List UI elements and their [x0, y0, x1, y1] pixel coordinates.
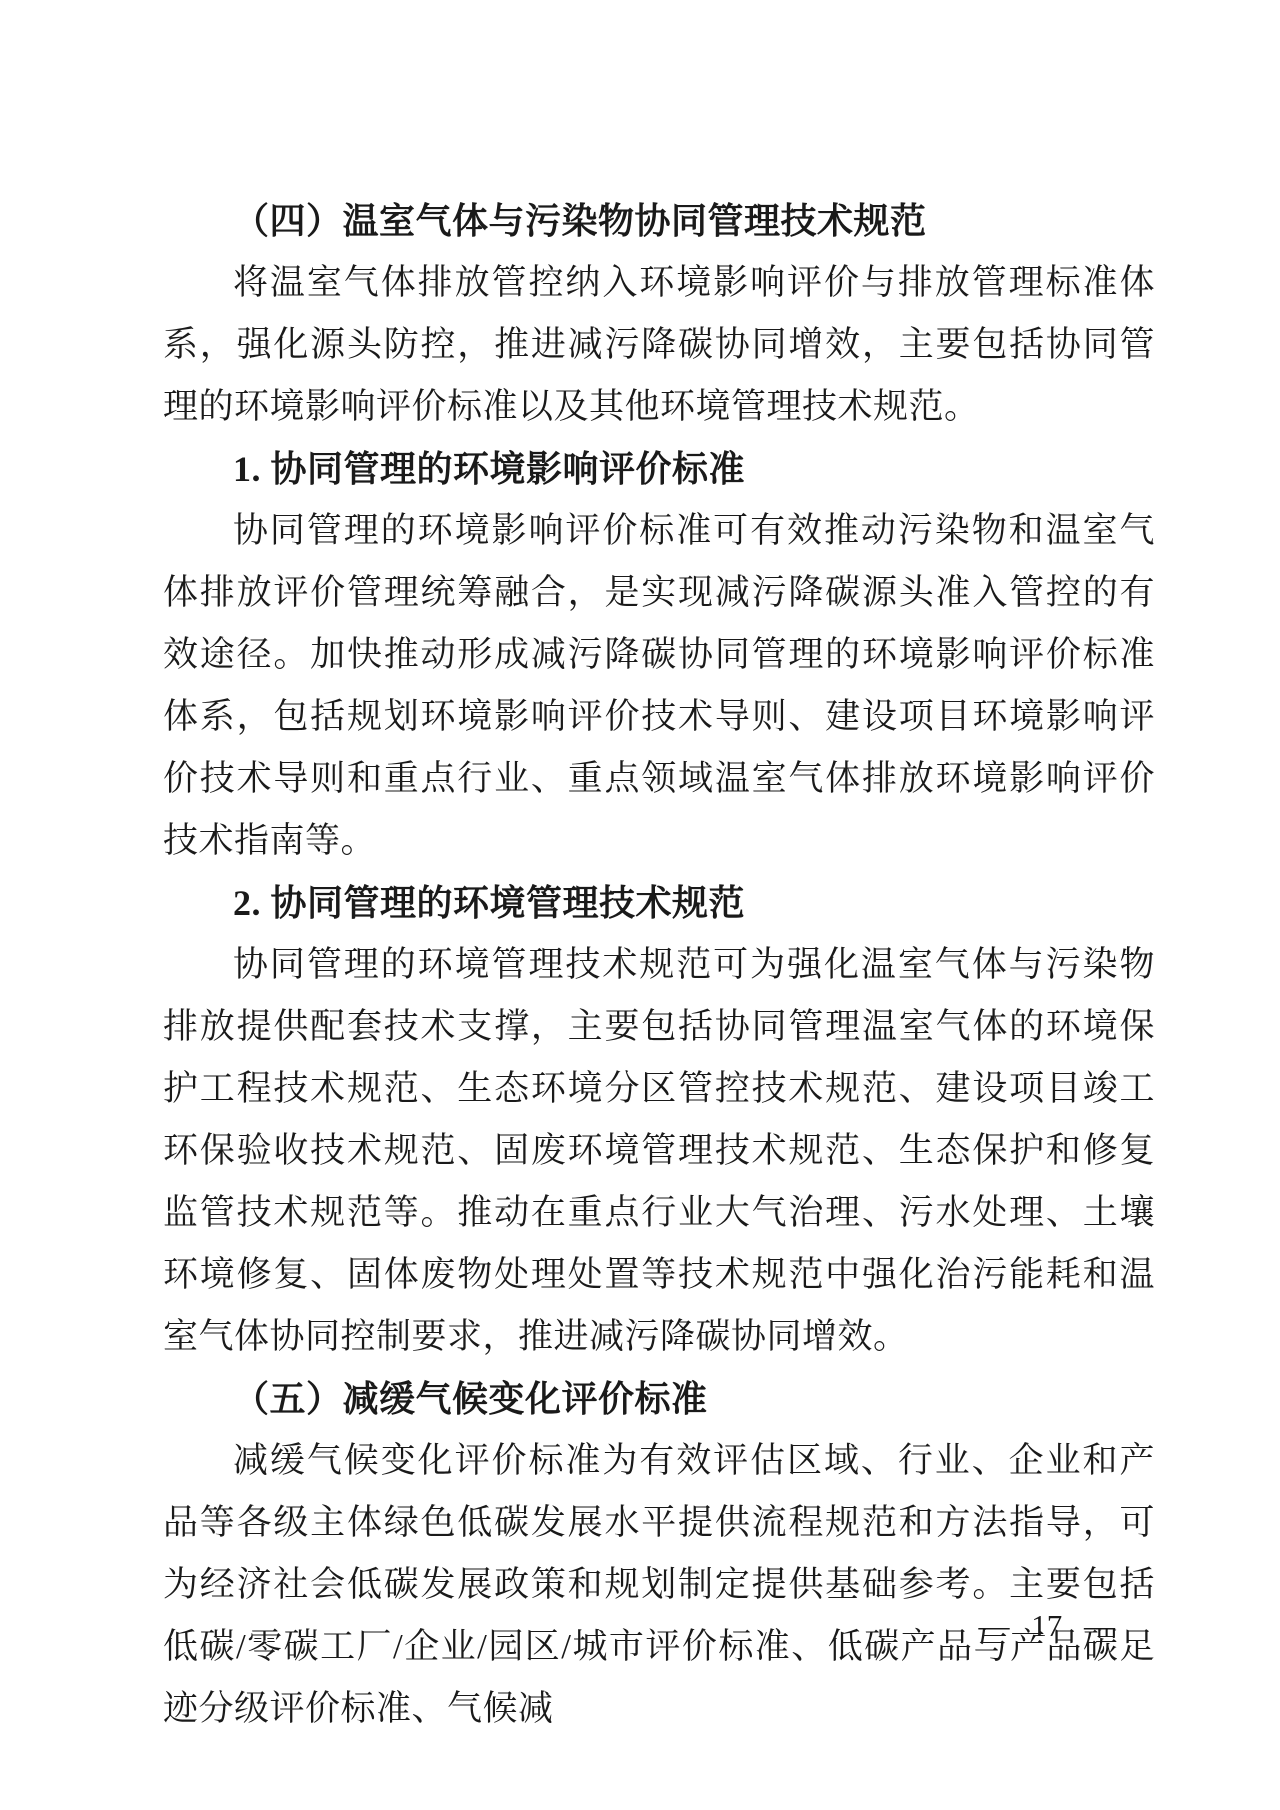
subsection-2-paragraph: 协同管理的环境管理技术规范可为强化温室气体与污染物排放提供配套技术支撑，主要包括…	[163, 934, 1155, 1368]
section-heading-5: （五）减缓气候变化评价标准	[163, 1368, 1155, 1430]
section-heading-4: （四）温室气体与污染物协同管理技术规范	[163, 190, 1155, 252]
document-body: （四）温室气体与污染物协同管理技术规范 将温室气体排放管控纳入环境影响评价与排放…	[163, 190, 1155, 1740]
section-4-intro-paragraph: 将温室气体排放管控纳入环境影响评价与排放管理标准体系，强化源头防控，推进减污降碳…	[163, 252, 1155, 438]
subsection-heading-2: 2. 协同管理的环境管理技术规范	[163, 872, 1155, 934]
section-5-intro-paragraph: 减缓气候变化评价标准为有效评估区域、行业、企业和产品等各级主体绿色低碳发展水平提…	[163, 1430, 1155, 1740]
document-page: （四）温室气体与污染物协同管理技术规范 将温室气体排放管控纳入环境影响评价与排放…	[0, 0, 1280, 1810]
page-number: — 17 —	[979, 1606, 1116, 1646]
subsection-heading-1: 1. 协同管理的环境影响评价标准	[163, 438, 1155, 500]
subsection-1-paragraph: 协同管理的环境影响评价标准可有效推动污染物和温室气体排放评价管理统筹融合，是实现…	[163, 500, 1155, 872]
